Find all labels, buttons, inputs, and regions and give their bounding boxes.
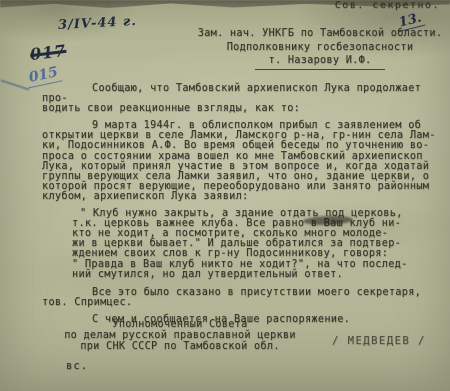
body-paragraph-2: 9 марта 1944г. в облисполком прибыл с за… bbox=[42, 121, 444, 202]
typist-initials: вс. bbox=[66, 360, 88, 372]
classification-stamp: Сов. секретно. bbox=[335, 0, 440, 11]
recipient-line-1: Зам. нач. УНКГБ по Тамбовской области. bbox=[192, 27, 448, 41]
recipient-name-line: т. Назарову И.Ф. bbox=[192, 54, 448, 70]
signature-block: Уполномоченный Совета по делам русской п… bbox=[52, 319, 308, 352]
handwritten-date: 3/IV-44 г. bbox=[58, 14, 138, 33]
document-body: Сообщаю, что Тамбовский архиепископ Лука… bbox=[42, 84, 444, 332]
body-paragraph-1: Сообщаю, что Тамбовский архиепископ Лука… bbox=[42, 84, 444, 114]
document-page: Сов. секретно. 13. 3/IV-44 г. 017 015 За… bbox=[0, 0, 450, 391]
handwritten-number-crossed-out: 017 bbox=[29, 41, 67, 64]
pencil-mark bbox=[0, 79, 29, 90]
body-paragraph-3: Все это было сказано в присутствии моего… bbox=[42, 288, 444, 308]
signer-name: / МЕДВЕДЕВ / bbox=[332, 335, 426, 347]
recipient-name: т. Назарову И.Ф. bbox=[255, 54, 386, 70]
recipient-block: Зам. нач. УНКГБ по Тамбовской области. П… bbox=[192, 27, 448, 70]
recipient-line-2: Подполковнику госбезопасности bbox=[192, 41, 448, 55]
quote-paragraph: " Клуб нужно закрыть, а здание отдать по… bbox=[72, 209, 420, 280]
